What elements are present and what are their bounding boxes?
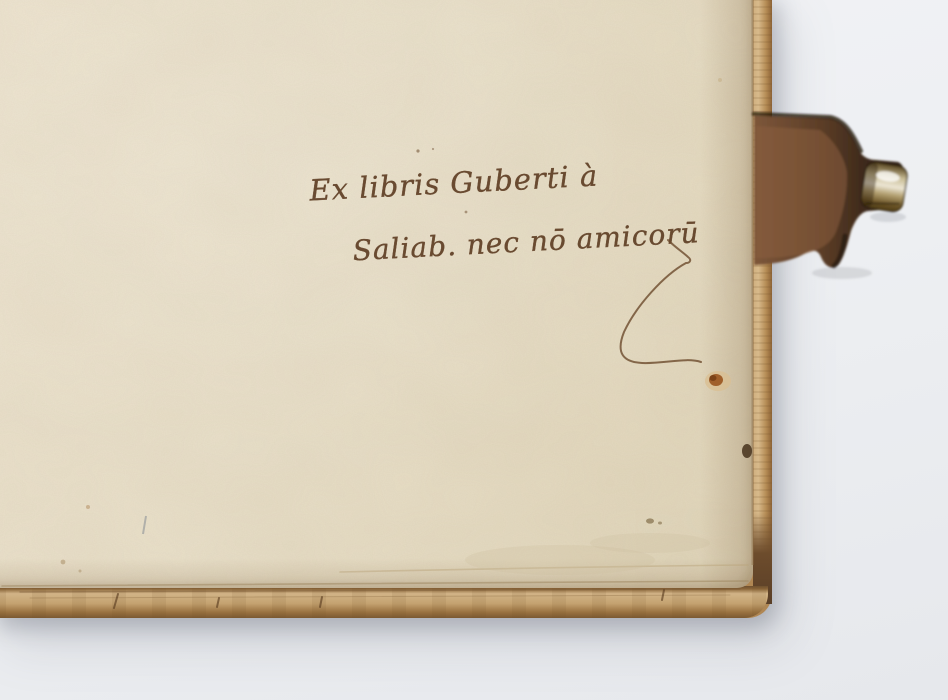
brass-highlight bbox=[875, 170, 900, 184]
clasp-brass-ring bbox=[860, 161, 909, 213]
clasp-shadow bbox=[870, 212, 906, 222]
clasp-tail-edge bbox=[834, 236, 845, 266]
book-bottom-edge bbox=[0, 586, 768, 618]
clasp-leather-strap bbox=[754, 116, 904, 268]
book-fore-edge bbox=[753, 0, 772, 594]
photo-scene: Ex libris Guberti à Saliab. nec nō amico… bbox=[0, 0, 948, 700]
clasp-shadow bbox=[812, 267, 872, 279]
clasp bbox=[754, 114, 908, 279]
book bbox=[0, 0, 772, 618]
flyleaf-page bbox=[0, 0, 753, 588]
